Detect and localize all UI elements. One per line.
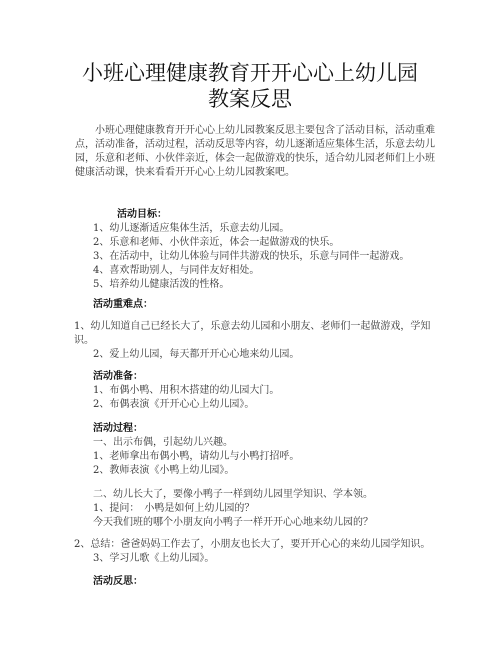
process-item: 1、老师拿出布偶小鸭，请幼儿与小鸭打招呼。 [93, 450, 299, 464]
section-heading-process: 活动过程： [93, 422, 143, 436]
key-point-item: 识。 [74, 334, 94, 348]
key-point-item: 1、幼儿知道自己已经长大了，乐意去幼儿园和小朋友、老师们一起做游戏，学知 [74, 320, 430, 334]
process-item: 2、教师表演《小鸭上幼儿园》。 [93, 464, 234, 478]
document-title-line1: 小班心理健康教育开开心心上幼儿园 [0, 60, 500, 86]
intro-line: 点，活动准备，活动过程，活动反思等内容，幼儿逐渐适应集体生活，乐意去幼儿 [75, 138, 435, 152]
intro-line: 园，乐意和老师、小伙伴亲近，体会一起做游戏的快乐，适合幼儿园老师们上小班 [75, 152, 435, 166]
process-item: 二、幼儿长大了，要像小鸭子一样到幼儿园里学知识、学本领。 [93, 488, 373, 502]
key-point-item: 2、爱上幼儿园，每天都开开心心地来幼儿园。 [93, 348, 299, 362]
goal-item: 4、喜欢帮助别人，与同伴友好相处。 [93, 264, 259, 278]
document-title-line2: 教案反思 [0, 86, 500, 112]
section-heading-key-points: 活动重难点： [93, 298, 153, 312]
section-heading-preparation: 活动准备： [93, 370, 143, 384]
process-item: 1、提问： 小鸭是如何上幼儿园的？ [93, 502, 254, 516]
goal-item: 2、乐意和老师、小伙伴亲近，体会一起做游戏的快乐。 [93, 236, 339, 250]
goal-item: 1、幼儿逐渐适应集体生活，乐意去幼儿园。 [93, 222, 289, 236]
process-item: 3、学习儿歌《上幼儿园》。 [93, 552, 214, 566]
process-item: 一、出示布偶，引起幼儿兴趣。 [93, 436, 233, 450]
preparation-item: 1、布偶小鸭、用积木搭建的幼儿园大门。 [93, 384, 279, 398]
section-heading-goals: 活动目标： [117, 208, 167, 222]
process-item: 2、总结：爸爸妈妈工作去了，小朋友也长大了，要开开心心的来幼儿园学知识。 [74, 538, 430, 552]
intro-line: 小班心理健康教育开开心心上幼儿园教案反思主要包含了活动目标，活动重难 [95, 124, 435, 138]
goal-item: 5、培养幼儿健康活泼的性格。 [93, 278, 229, 292]
process-item: 今天我们班的哪个小朋友向小鸭子一样开开心心地来幼儿园的？ [93, 516, 373, 530]
preparation-item: 2、布偶表演《开开心心上幼儿园》。 [93, 398, 254, 412]
intro-line: 健康活动课，快来看看开开心心上幼儿园教案吧。 [75, 166, 295, 180]
section-heading-reflection: 活动反思： [93, 575, 143, 589]
goal-item: 3、在活动中，让幼儿体验与同伴共游戏的快乐，乐意与同伴一起游戏。 [93, 250, 409, 264]
